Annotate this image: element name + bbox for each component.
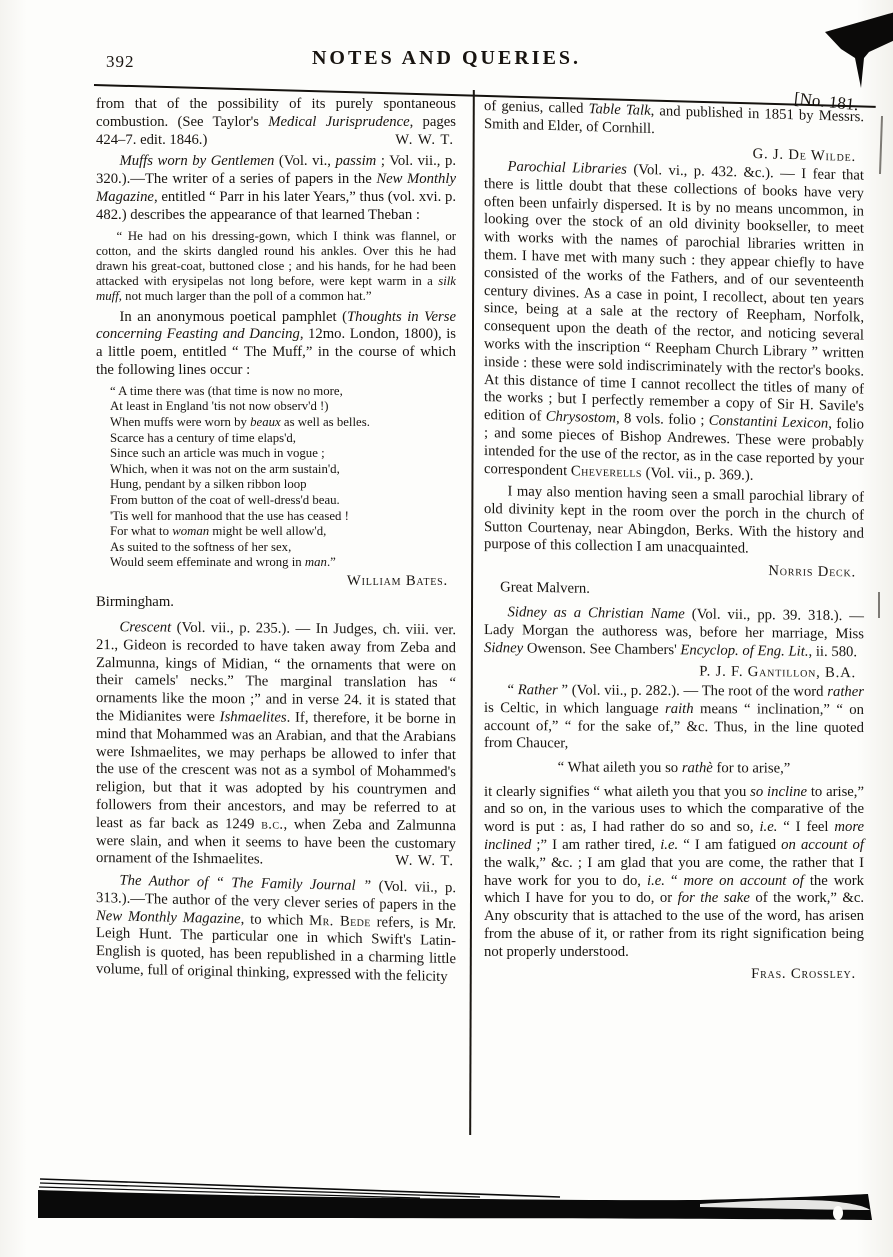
place-great-malvern: Great Malvern. bbox=[484, 579, 864, 603]
paragraph-text: Sidney as a Christian Name (Vol. vii., p… bbox=[484, 604, 864, 660]
signature-william-bates: William Bates. bbox=[96, 573, 448, 591]
poem-line: From button of the coat of well-dress'd … bbox=[110, 493, 456, 509]
poem-line: “ A time there was (that time is now no … bbox=[110, 384, 456, 400]
signature-norris-deck: Norris Deck. bbox=[484, 558, 856, 582]
page-edge-artifact bbox=[878, 592, 880, 618]
poem-the-muff: “ A time there was (that time is now no … bbox=[110, 384, 456, 571]
paragraph-combustion: from that of the possibility of its pure… bbox=[96, 96, 456, 149]
paragraph-sidney-christian-name: Sidney as a Christian Name (Vol. vii., p… bbox=[484, 604, 864, 662]
book-edge-artifact bbox=[0, 1170, 893, 1240]
poem-line: As suited to the softness of her sex, bbox=[110, 540, 456, 556]
paragraph-poetical-pamphlet: In an anonymous poetical pamphlet (Thoug… bbox=[96, 309, 456, 380]
journal-title: NOTES AND QUERIES. bbox=[0, 47, 893, 70]
paragraph-text: The Author of “ The Family Journal ” (Vo… bbox=[96, 872, 456, 984]
paragraph-text: In an anonymous poetical pamphlet (Thoug… bbox=[96, 309, 456, 378]
paragraph-text: Parochial Libraries (Vol. vi., p. 432. &… bbox=[484, 159, 864, 484]
paragraph-text: I may also mention having seen a small p… bbox=[484, 483, 864, 557]
paragraph-muffs-worn-by-gentlemen: Muffs worn by Gentlemen (Vol. vi., passi… bbox=[96, 153, 456, 224]
quote-dressing-gown: “ He had on his dressing-gown, which I t… bbox=[96, 229, 456, 305]
paragraph-family-journal: The Author of “ The Family Journal ” (Vo… bbox=[96, 872, 456, 987]
paragraph-text: Crescent (Vol. vii., p. 235.). — In Judg… bbox=[96, 619, 456, 868]
column-divider bbox=[469, 90, 475, 1135]
paragraph-text: it clearly signifies “ what aileth you t… bbox=[484, 784, 864, 960]
signature-gantillon: P. J. F. Gantillon, B.A. bbox=[484, 661, 856, 683]
chaucer-quote-line: “ What aileth you so rathè for to arise,… bbox=[484, 759, 864, 779]
signature-wwt: W. W. T. bbox=[372, 852, 454, 871]
quote-text: “ He had on his dressing-gown, which I t… bbox=[96, 229, 456, 304]
paragraph-rather-explanation: it clearly signifies “ what aileth you t… bbox=[484, 784, 864, 962]
left-column: from that of the possibility of its pure… bbox=[96, 96, 456, 982]
poem-line: Scarce has a century of time elaps'd, bbox=[110, 431, 456, 447]
poem-line: Would seem effeminate and wrong in man.” bbox=[110, 555, 456, 571]
quote-text: “ What aileth you so rathè for to arise,… bbox=[558, 759, 791, 776]
poem-line: At least in England 'tis not now observ'… bbox=[110, 399, 456, 415]
poem-line: For what to woman might be well allow'd, bbox=[110, 524, 456, 540]
scanned-page: 392 NOTES AND QUERIES. [No. 181. from th… bbox=[0, 0, 893, 1257]
right-column: of genius, called Table Talk, and publis… bbox=[484, 98, 864, 986]
paragraph-sutton-courtenay: I may also mention having seen a small p… bbox=[484, 483, 864, 561]
paragraph-text: of genius, called Table Talk, and publis… bbox=[484, 98, 864, 137]
paragraph-text: “ Rather ” (Vol. vii., p. 282.). — The r… bbox=[484, 682, 864, 752]
poem-line: Which, when it was not on the arm sustai… bbox=[110, 462, 456, 478]
place-birmingham: Birmingham. bbox=[96, 594, 456, 612]
paragraph-parochial-libraries: Parochial Libraries (Vol. vi., p. 432. &… bbox=[484, 158, 864, 488]
poem-line: Hung, pendant by a silken ribbon loop bbox=[110, 477, 456, 493]
page-edge-artifact bbox=[879, 116, 883, 174]
paragraph-text: Muffs worn by Gentlemen (Vol. vi., passi… bbox=[96, 153, 456, 222]
poem-line: When muffs were worn by beaux as well as… bbox=[110, 415, 456, 431]
paragraph-crescent: Crescent (Vol. vii., p. 235.). — In Judg… bbox=[96, 619, 456, 871]
paragraph-rather: “ Rather ” (Vol. vii., p. 282.). — The r… bbox=[484, 682, 864, 755]
paragraph-table-talk: of genius, called Table Talk, and publis… bbox=[484, 98, 864, 145]
signature-wwt: W. W. T. bbox=[395, 132, 454, 150]
poem-line: 'Tis well for manhood that the use has c… bbox=[110, 509, 456, 525]
signature-crossley: Fras. Crossley. bbox=[484, 966, 856, 984]
poem-line: Since such an article was much in vogue … bbox=[110, 446, 456, 462]
